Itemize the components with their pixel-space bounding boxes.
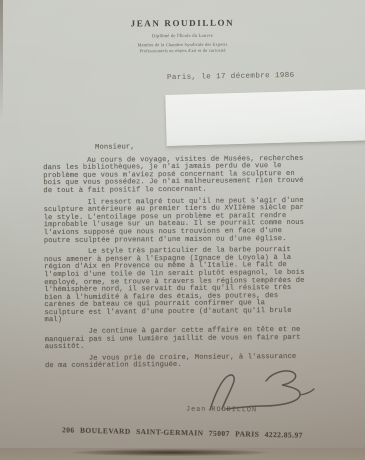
letter-paper: JEAN ROUDILLON Diplômé de l'École du Lou… — [0, 0, 365, 452]
body-paragraph: Au cours de voyage, visites de Musées, r… — [43, 155, 307, 195]
footer-address: 206 BOULEVARD SAINT-GERMAIN 75007 PARIS … — [0, 424, 365, 441]
photo-background: JEAN ROUDILLON Diplômé de l'École du Lou… — [0, 0, 365, 460]
body-paragraph: Il ressort malgré tout qu'il ne peut s'a… — [43, 197, 307, 245]
signature-name: Jean ROUDILLON — [186, 406, 257, 415]
dateline: Paris, le 17 décembre 1986 — [167, 72, 295, 82]
body-paragraph: Le style très particulier de la barbe po… — [44, 247, 309, 325]
paper-slip-overlay — [165, 89, 365, 146]
letterhead-subtitle-1: Diplômé de l'École du Louvre — [0, 32, 365, 40]
letterhead: JEAN ROUDILLON Diplômé de l'École du Lou… — [0, 17, 365, 55]
paper-edge-shadow — [72, 449, 268, 456]
paper-left-edge — [0, 0, 3, 120]
body-paragraph: Je continue à garder cette affaire en tê… — [45, 327, 309, 352]
letter-body: Monsieur, Au cours de voyage, visites de… — [43, 143, 309, 375]
salutation: Monsieur, — [43, 143, 307, 153]
letterhead-name: JEAN ROUDILLON — [0, 17, 365, 30]
